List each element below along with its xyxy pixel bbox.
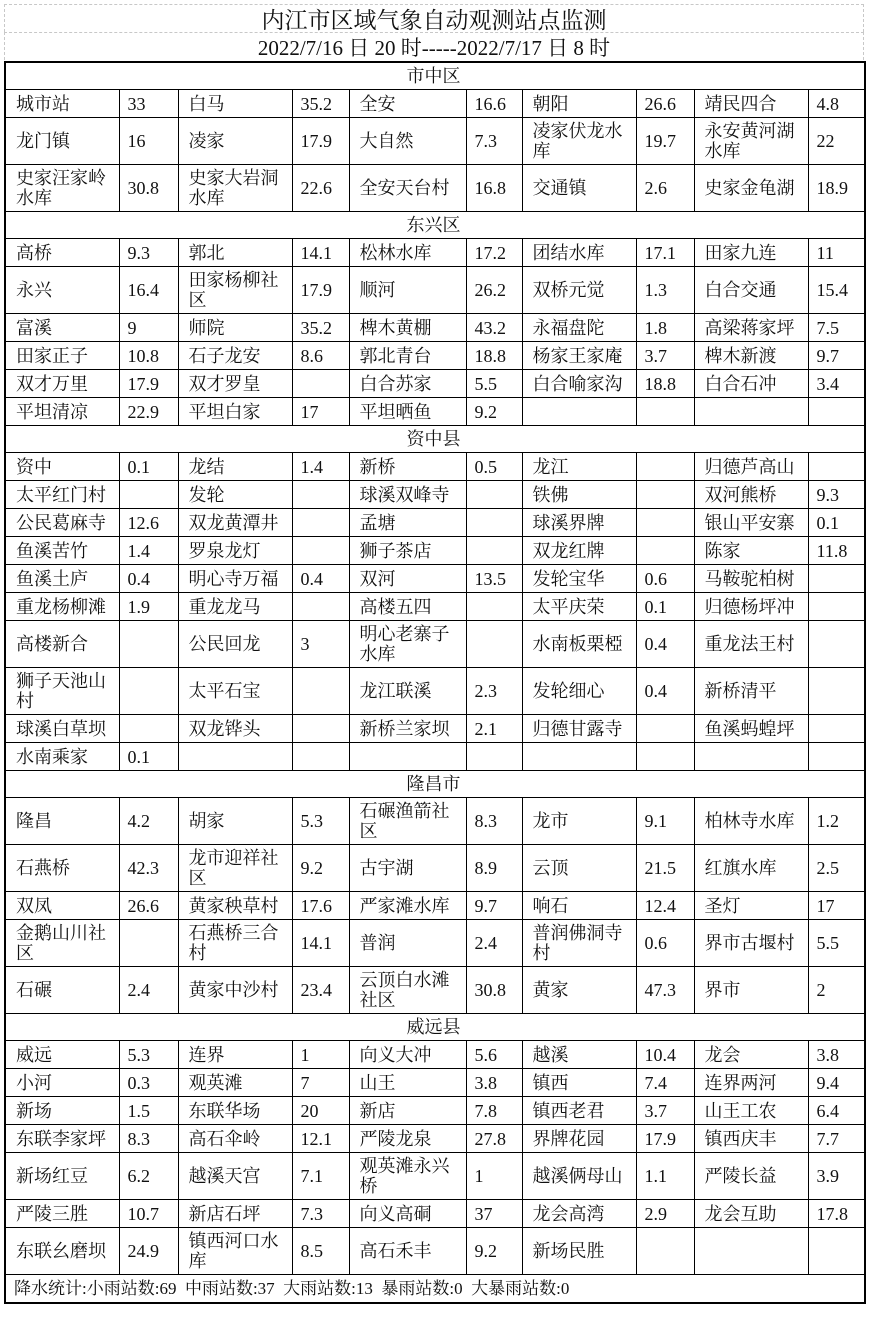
station-name: 铁佛 [522,481,636,509]
rainfall-value: 3.9 [808,1153,865,1200]
station-row: 平坦清凉22.9平坦白家17平坦晒鱼9.2 [5,398,865,426]
rainfall-value: 20 [292,1097,349,1125]
rainfall-value: 8.3 [119,1125,178,1153]
station-name: 罗泉龙灯 [178,537,292,565]
rainfall-value [119,715,178,743]
rainfall-value: 7 [292,1069,349,1097]
rainfall-value: 5.3 [292,798,349,845]
station-row: 新场红豆6.2越溪天宫7.1观英滩永兴桥1越溪俩母山1.1严陵长益3.9 [5,1153,865,1200]
rainfall-value: 1.8 [636,314,694,342]
rainfall-value: 11 [808,239,865,267]
station-name: 圣灯 [694,892,808,920]
rainfall-value [808,453,865,481]
station-name: 古宇湖 [349,845,466,892]
rainfall-value [808,668,865,715]
station-row: 资中0.1龙结1.4新桥0.5龙江归德芦高山 [5,453,865,481]
rainfall-value: 5.3 [119,1041,178,1069]
rainfall-value: 1.2 [808,798,865,845]
rainfall-value: 7.1 [292,1153,349,1200]
station-name: 永福盘陀 [522,314,636,342]
station-name: 平坦清凉 [5,398,119,426]
rainfall-value [292,668,349,715]
station-name: 狮子茶店 [349,537,466,565]
station-row: 高桥9.3郭北14.1松林水库17.2团结水库17.1田家九连11 [5,239,865,267]
rainfall-value: 7.8 [466,1097,522,1125]
rainfall-value: 8.3 [466,798,522,845]
rainfall-value: 17.9 [292,118,349,165]
rainfall-value: 8.5 [292,1228,349,1275]
station-row: 公民葛麻寺12.6双龙黄潭井孟塘球溪界牌银山平安寨0.1 [5,509,865,537]
rainfall-value: 0.4 [636,668,694,715]
station-row: 球溪白草坝双龙铧头新桥兰家坝2.1归德甘露寺鱼溪蚂蝗坪 [5,715,865,743]
rainfall-value [636,481,694,509]
rainfall-value: 2.5 [808,845,865,892]
station-name: 观英滩 [178,1069,292,1097]
station-row: 隆昌4.2胡家5.3石碾渔箭社区8.3龙市9.1柏林寺水库1.2 [5,798,865,845]
rainfall-value: 7.3 [466,118,522,165]
station-row: 双才万里17.9双才罗皇白合苏家5.5白合喻家沟18.8白合石冲3.4 [5,370,865,398]
rainfall-value: 5.5 [808,920,865,967]
station-name: 新桥兰家坝 [349,715,466,743]
rainfall-value: 3.8 [466,1069,522,1097]
rainfall-value: 3 [292,621,349,668]
rainfall-value: 7.3 [292,1200,349,1228]
station-name: 高楼五四 [349,593,466,621]
station-name: 龙江 [522,453,636,481]
station-row: 龙门镇16凌家17.9大自然7.3凌家伏龙水库19.7永安黄河湖水库22 [5,118,865,165]
rainfall-value: 26.2 [466,267,522,314]
station-name: 松林水库 [349,239,466,267]
station-row: 鱼溪苦竹1.4罗泉龙灯狮子茶店双龙红牌陈家11.8 [5,537,865,565]
station-name: 资中 [5,453,119,481]
rainfall-value [636,1228,694,1275]
section-header-row: 资中县 [5,426,865,453]
station-row: 严陵三胜10.7新店石坪7.3向义高硐37龙会高湾2.9龙会互助17.8 [5,1200,865,1228]
station-name: 石燕桥三合村 [178,920,292,967]
station-name: 威远 [5,1041,119,1069]
section-title: 东兴区 [5,212,865,239]
station-name: 隆昌 [5,798,119,845]
rainfall-value: 2.1 [466,715,522,743]
station-name [178,743,292,771]
rainfall-table: 市中区城市站33白马35.2全安16.6朝阳26.6靖民四合4.8龙门镇16凌家… [4,61,866,1304]
station-name: 山王工农 [694,1097,808,1125]
station-name [522,398,636,426]
station-name: 太平庆荣 [522,593,636,621]
rainfall-value: 19.7 [636,118,694,165]
station-name: 胡家 [178,798,292,845]
station-name: 交通镇 [522,165,636,212]
section-title: 资中县 [5,426,865,453]
station-name: 双龙铧头 [178,715,292,743]
station-name: 白合苏家 [349,370,466,398]
station-row: 鱼溪土庐0.4明心寺万福0.4双河13.5发轮宝华0.6马鞍驼柏树 [5,565,865,593]
station-name: 东联华场 [178,1097,292,1125]
rainfall-value [808,593,865,621]
station-name: 高桥 [5,239,119,267]
rainfall-value: 9 [119,314,178,342]
station-name: 镇西 [522,1069,636,1097]
rainfall-value: 0.4 [292,565,349,593]
rainfall-value: 9.2 [466,1228,522,1275]
rainfall-value: 6.2 [119,1153,178,1200]
rainfall-value: 8.9 [466,845,522,892]
rainfall-value: 3.7 [636,342,694,370]
station-row: 石燕桥42.3龙市迎祥社区9.2古宇湖8.9云顶21.5红旗水库2.5 [5,845,865,892]
station-name [522,743,636,771]
rainfall-value [292,509,349,537]
rainfall-value: 18.8 [466,342,522,370]
rainfall-value: 16.4 [119,267,178,314]
rainfall-value [808,398,865,426]
station-name: 白合喻家沟 [522,370,636,398]
rainfall-value: 8.6 [292,342,349,370]
station-name: 龙门镇 [5,118,119,165]
rainfall-value: 2 [808,967,865,1014]
rainfall-value: 26.6 [119,892,178,920]
rainfall-value: 6.4 [808,1097,865,1125]
station-name: 归德甘露寺 [522,715,636,743]
station-name: 鱼溪蚂蝗坪 [694,715,808,743]
rainfall-value: 18.8 [636,370,694,398]
section-title: 市中区 [5,62,865,90]
rainfall-value: 1.4 [292,453,349,481]
rainfall-value: 23.4 [292,967,349,1014]
station-name: 新场 [5,1097,119,1125]
station-name: 公民回龙 [178,621,292,668]
section-header-row: 市中区 [5,62,865,90]
rainfall-value [466,743,522,771]
rainfall-value: 22.9 [119,398,178,426]
rainfall-value: 17.6 [292,892,349,920]
rainfall-value [119,668,178,715]
station-name: 明心老寨子水库 [349,621,466,668]
station-name: 石碾渔箭社区 [349,798,466,845]
station-name: 黄家 [522,967,636,1014]
station-name: 越溪天宫 [178,1153,292,1200]
station-name: 平坦白家 [178,398,292,426]
station-row: 永兴16.4田家杨柳社区17.9顺河26.2双桥元觉1.3白合交通15.4 [5,267,865,314]
station-name: 连界 [178,1041,292,1069]
station-name: 太平石宝 [178,668,292,715]
station-row: 城市站33白马35.2全安16.6朝阳26.6靖民四合4.8 [5,90,865,118]
station-name: 水南板栗椏 [522,621,636,668]
station-row: 高楼新合公民回龙3明心老寨子水库水南板栗椏0.4重龙法王村 [5,621,865,668]
station-name: 双桥元觉 [522,267,636,314]
rainfall-value: 9.2 [466,398,522,426]
rainfall-value: 12.6 [119,509,178,537]
rainfall-value: 24.9 [119,1228,178,1275]
station-name: 严陵龙泉 [349,1125,466,1153]
station-name: 凌家伏龙水库 [522,118,636,165]
rainfall-value: 5.5 [466,370,522,398]
station-name: 镇西庆丰 [694,1125,808,1153]
station-name: 黄家中沙村 [178,967,292,1014]
rainfall-value [119,621,178,668]
station-name: 小河 [5,1069,119,1097]
rainfall-value [636,537,694,565]
rainfall-value: 42.3 [119,845,178,892]
station-name: 观英滩永兴桥 [349,1153,466,1200]
station-name: 新桥清平 [694,668,808,715]
rainfall-value: 21.5 [636,845,694,892]
rainfall-value: 26.6 [636,90,694,118]
station-name: 严家滩水库 [349,892,466,920]
rainfall-value: 17.2 [466,239,522,267]
station-name: 白合交通 [694,267,808,314]
station-name: 全安 [349,90,466,118]
station-name: 双才罗皇 [178,370,292,398]
rainfall-value: 22 [808,118,865,165]
station-name: 团结水库 [522,239,636,267]
station-name: 界牌花园 [522,1125,636,1153]
rainfall-value [466,621,522,668]
rainfall-value: 0.3 [119,1069,178,1097]
station-name: 公民葛麻寺 [5,509,119,537]
station-name: 球溪界牌 [522,509,636,537]
station-name: 发轮细心 [522,668,636,715]
section-title: 隆昌市 [5,771,865,798]
station-name: 平坦晒鱼 [349,398,466,426]
station-name: 史家汪家岭水库 [5,165,119,212]
rainfall-value: 9.7 [466,892,522,920]
rainfall-value: 17.8 [808,1200,865,1228]
station-row: 水南乘家0.1 [5,743,865,771]
rainfall-value [292,715,349,743]
rainfall-value: 17 [808,892,865,920]
station-row: 小河0.3观英滩7山王3.8镇西7.4连界两河9.4 [5,1069,865,1097]
rainfall-value: 11.8 [808,537,865,565]
rainfall-value [292,481,349,509]
station-name: 永兴 [5,267,119,314]
station-row: 重龙杨柳滩1.9重龙龙马高楼五四太平庆荣0.1归德杨坪冲 [5,593,865,621]
rainfall-value: 10.4 [636,1041,694,1069]
station-name: 田家杨柳社区 [178,267,292,314]
station-name: 球溪白草坝 [5,715,119,743]
rainfall-value: 0.1 [808,509,865,537]
station-name: 越溪俩母山 [522,1153,636,1200]
station-name: 响石 [522,892,636,920]
station-name: 界市 [694,967,808,1014]
station-name: 越溪 [522,1041,636,1069]
station-name [694,398,808,426]
station-name: 高楼新合 [5,621,119,668]
station-name: 归德芦高山 [694,453,808,481]
station-row: 田家正子10.8石子龙安8.6郭北青台18.8杨家王家庵3.7椑木新渡9.7 [5,342,865,370]
rainfall-value [292,537,349,565]
station-name: 双河 [349,565,466,593]
rainfall-value: 4.8 [808,90,865,118]
station-name: 田家正子 [5,342,119,370]
rainfall-value: 12.4 [636,892,694,920]
station-name: 高石禾丰 [349,1228,466,1275]
station-name: 陈家 [694,537,808,565]
station-name: 新场民胜 [522,1228,636,1275]
station-name: 狮子天池山村 [5,668,119,715]
rainfall-value: 18.9 [808,165,865,212]
station-row: 太平红门村发轮球溪双峰寺铁佛双河熊桥9.3 [5,481,865,509]
rainfall-value: 1.9 [119,593,178,621]
station-name: 双龙红牌 [522,537,636,565]
station-name: 孟塘 [349,509,466,537]
station-row: 富溪9师院35.2椑木黄棚43.2永福盘陀1.8高梁蒋家坪7.5 [5,314,865,342]
rainfall-value [292,593,349,621]
rainfall-value: 0.6 [636,565,694,593]
rainfall-value [808,1228,865,1275]
station-name: 龙江联溪 [349,668,466,715]
station-name: 龙会高湾 [522,1200,636,1228]
rainfall-value: 5.6 [466,1041,522,1069]
rainfall-value [636,743,694,771]
station-name: 龙结 [178,453,292,481]
station-name: 向义大冲 [349,1041,466,1069]
rainfall-value [636,509,694,537]
station-name: 严陵长益 [694,1153,808,1200]
station-name [694,1228,808,1275]
station-name: 白合石冲 [694,370,808,398]
station-name: 双才万里 [5,370,119,398]
station-name: 石燕桥 [5,845,119,892]
station-name: 城市站 [5,90,119,118]
rainfall-value [636,398,694,426]
station-row: 双凤26.6黄家秧草村17.6严家滩水库9.7响石12.4圣灯17 [5,892,865,920]
rainfall-value: 27.8 [466,1125,522,1153]
station-name: 镇西老君 [522,1097,636,1125]
rainfall-value: 1.5 [119,1097,178,1125]
station-name: 马鞍驼柏树 [694,565,808,593]
station-name: 银山平安寨 [694,509,808,537]
rainfall-value: 0.1 [636,593,694,621]
rainfall-value [466,481,522,509]
station-row: 东联李家坪8.3高石伞岭12.1严陵龙泉27.8界牌花园17.9镇西庆丰7.7 [5,1125,865,1153]
station-name: 重龙龙马 [178,593,292,621]
rainfall-value: 2.6 [636,165,694,212]
station-name: 双河熊桥 [694,481,808,509]
rainfall-value: 0.6 [636,920,694,967]
rainfall-value: 1.1 [636,1153,694,1200]
rainfall-value: 0.1 [119,743,178,771]
rainfall-value: 7.4 [636,1069,694,1097]
rainfall-value: 0.4 [636,621,694,668]
station-name: 郭北青台 [349,342,466,370]
station-name: 明心寺万福 [178,565,292,593]
rainfall-value: 15.4 [808,267,865,314]
station-name: 富溪 [5,314,119,342]
rainfall-value [466,593,522,621]
station-name: 向义高硐 [349,1200,466,1228]
report-title: 内江市区域气象自动观测站点监测 [4,4,864,32]
station-name: 石子龙安 [178,342,292,370]
report-header: 内江市区域气象自动观测站点监测 2022/7/16 日 20 时-----202… [4,4,864,60]
rainfall-value [808,565,865,593]
station-row: 东联幺磨坝24.9镇西河口水库8.5高石禾丰9.2新场民胜 [5,1228,865,1275]
rainfall-value: 9.3 [808,481,865,509]
station-name: 东联幺磨坝 [5,1228,119,1275]
station-name: 鱼溪苦竹 [5,537,119,565]
rainfall-value: 37 [466,1200,522,1228]
station-name [694,743,808,771]
rainfall-value: 2.4 [119,967,178,1014]
rainfall-value [292,743,349,771]
rainfall-value: 1 [466,1153,522,1200]
rainfall-value: 0.4 [119,565,178,593]
rainfall-value: 14.1 [292,239,349,267]
station-name: 新店 [349,1097,466,1125]
rainfall-value: 9.3 [119,239,178,267]
station-name: 柏林寺水库 [694,798,808,845]
rainfall-value: 9.2 [292,845,349,892]
rainfall-value: 3.4 [808,370,865,398]
station-name: 云顶 [522,845,636,892]
rainfall-value [119,481,178,509]
rainfall-value: 43.2 [466,314,522,342]
station-row: 石碾2.4黄家中沙村23.4云顶白水滩社区30.8黄家47.3界市2 [5,967,865,1014]
rainfall-value: 10.7 [119,1200,178,1228]
rainfall-value: 17.1 [636,239,694,267]
station-name: 龙市 [522,798,636,845]
station-name: 红旗水库 [694,845,808,892]
rainfall-value [466,537,522,565]
rainfall-value: 1 [292,1041,349,1069]
section-title: 威远县 [5,1014,865,1041]
station-name: 重龙杨柳滩 [5,593,119,621]
station-name: 龙市迎祥社区 [178,845,292,892]
station-name: 黄家秧草村 [178,892,292,920]
rainfall-value: 2.4 [466,920,522,967]
section-header-row: 威远县 [5,1014,865,1041]
station-name: 龙会 [694,1041,808,1069]
station-name: 重龙法王村 [694,621,808,668]
station-name: 普润佛洞寺村 [522,920,636,967]
station-name: 发轮宝华 [522,565,636,593]
rainfall-value: 30.8 [119,165,178,212]
station-name: 太平红门村 [5,481,119,509]
rainfall-value [808,621,865,668]
station-name: 东联李家坪 [5,1125,119,1153]
rainfall-value: 17.9 [119,370,178,398]
rainfall-value: 9.7 [808,342,865,370]
station-name: 新场红豆 [5,1153,119,1200]
rainfall-value: 17.9 [636,1125,694,1153]
station-name: 双凤 [5,892,119,920]
station-name: 山王 [349,1069,466,1097]
station-name: 金鹅山川社区 [5,920,119,967]
station-name: 龙会互助 [694,1200,808,1228]
rainfall-value [808,743,865,771]
section-header-row: 隆昌市 [5,771,865,798]
rainfall-value: 2.3 [466,668,522,715]
summary-row: 降水统计:小雨站数:69 中雨站数:37 大雨站数:13 暴雨站数:0 大暴雨站… [5,1275,865,1304]
station-name: 全安天台村 [349,165,466,212]
station-name: 普润 [349,920,466,967]
station-name: 连界两河 [694,1069,808,1097]
station-name: 杨家王家庵 [522,342,636,370]
rainfall-value: 16 [119,118,178,165]
station-name: 大自然 [349,118,466,165]
rainfall-value [636,715,694,743]
rainfall-value: 17 [292,398,349,426]
station-name: 界市古堰村 [694,920,808,967]
rainfall-value: 7.5 [808,314,865,342]
rainfall-value: 3.8 [808,1041,865,1069]
station-row: 史家汪家岭水库30.8史家大岩洞水库22.6全安天台村16.8交通镇2.6史家金… [5,165,865,212]
station-name: 史家金龟湖 [694,165,808,212]
station-name: 归德杨坪冲 [694,593,808,621]
station-row: 新场1.5东联华场20新店7.8镇西老君3.7山王工农6.4 [5,1097,865,1125]
section-header-row: 东兴区 [5,212,865,239]
rainfall-table-body: 市中区城市站33白马35.2全安16.6朝阳26.6靖民四合4.8龙门镇16凌家… [5,62,865,1303]
rainfall-value: 16.8 [466,165,522,212]
